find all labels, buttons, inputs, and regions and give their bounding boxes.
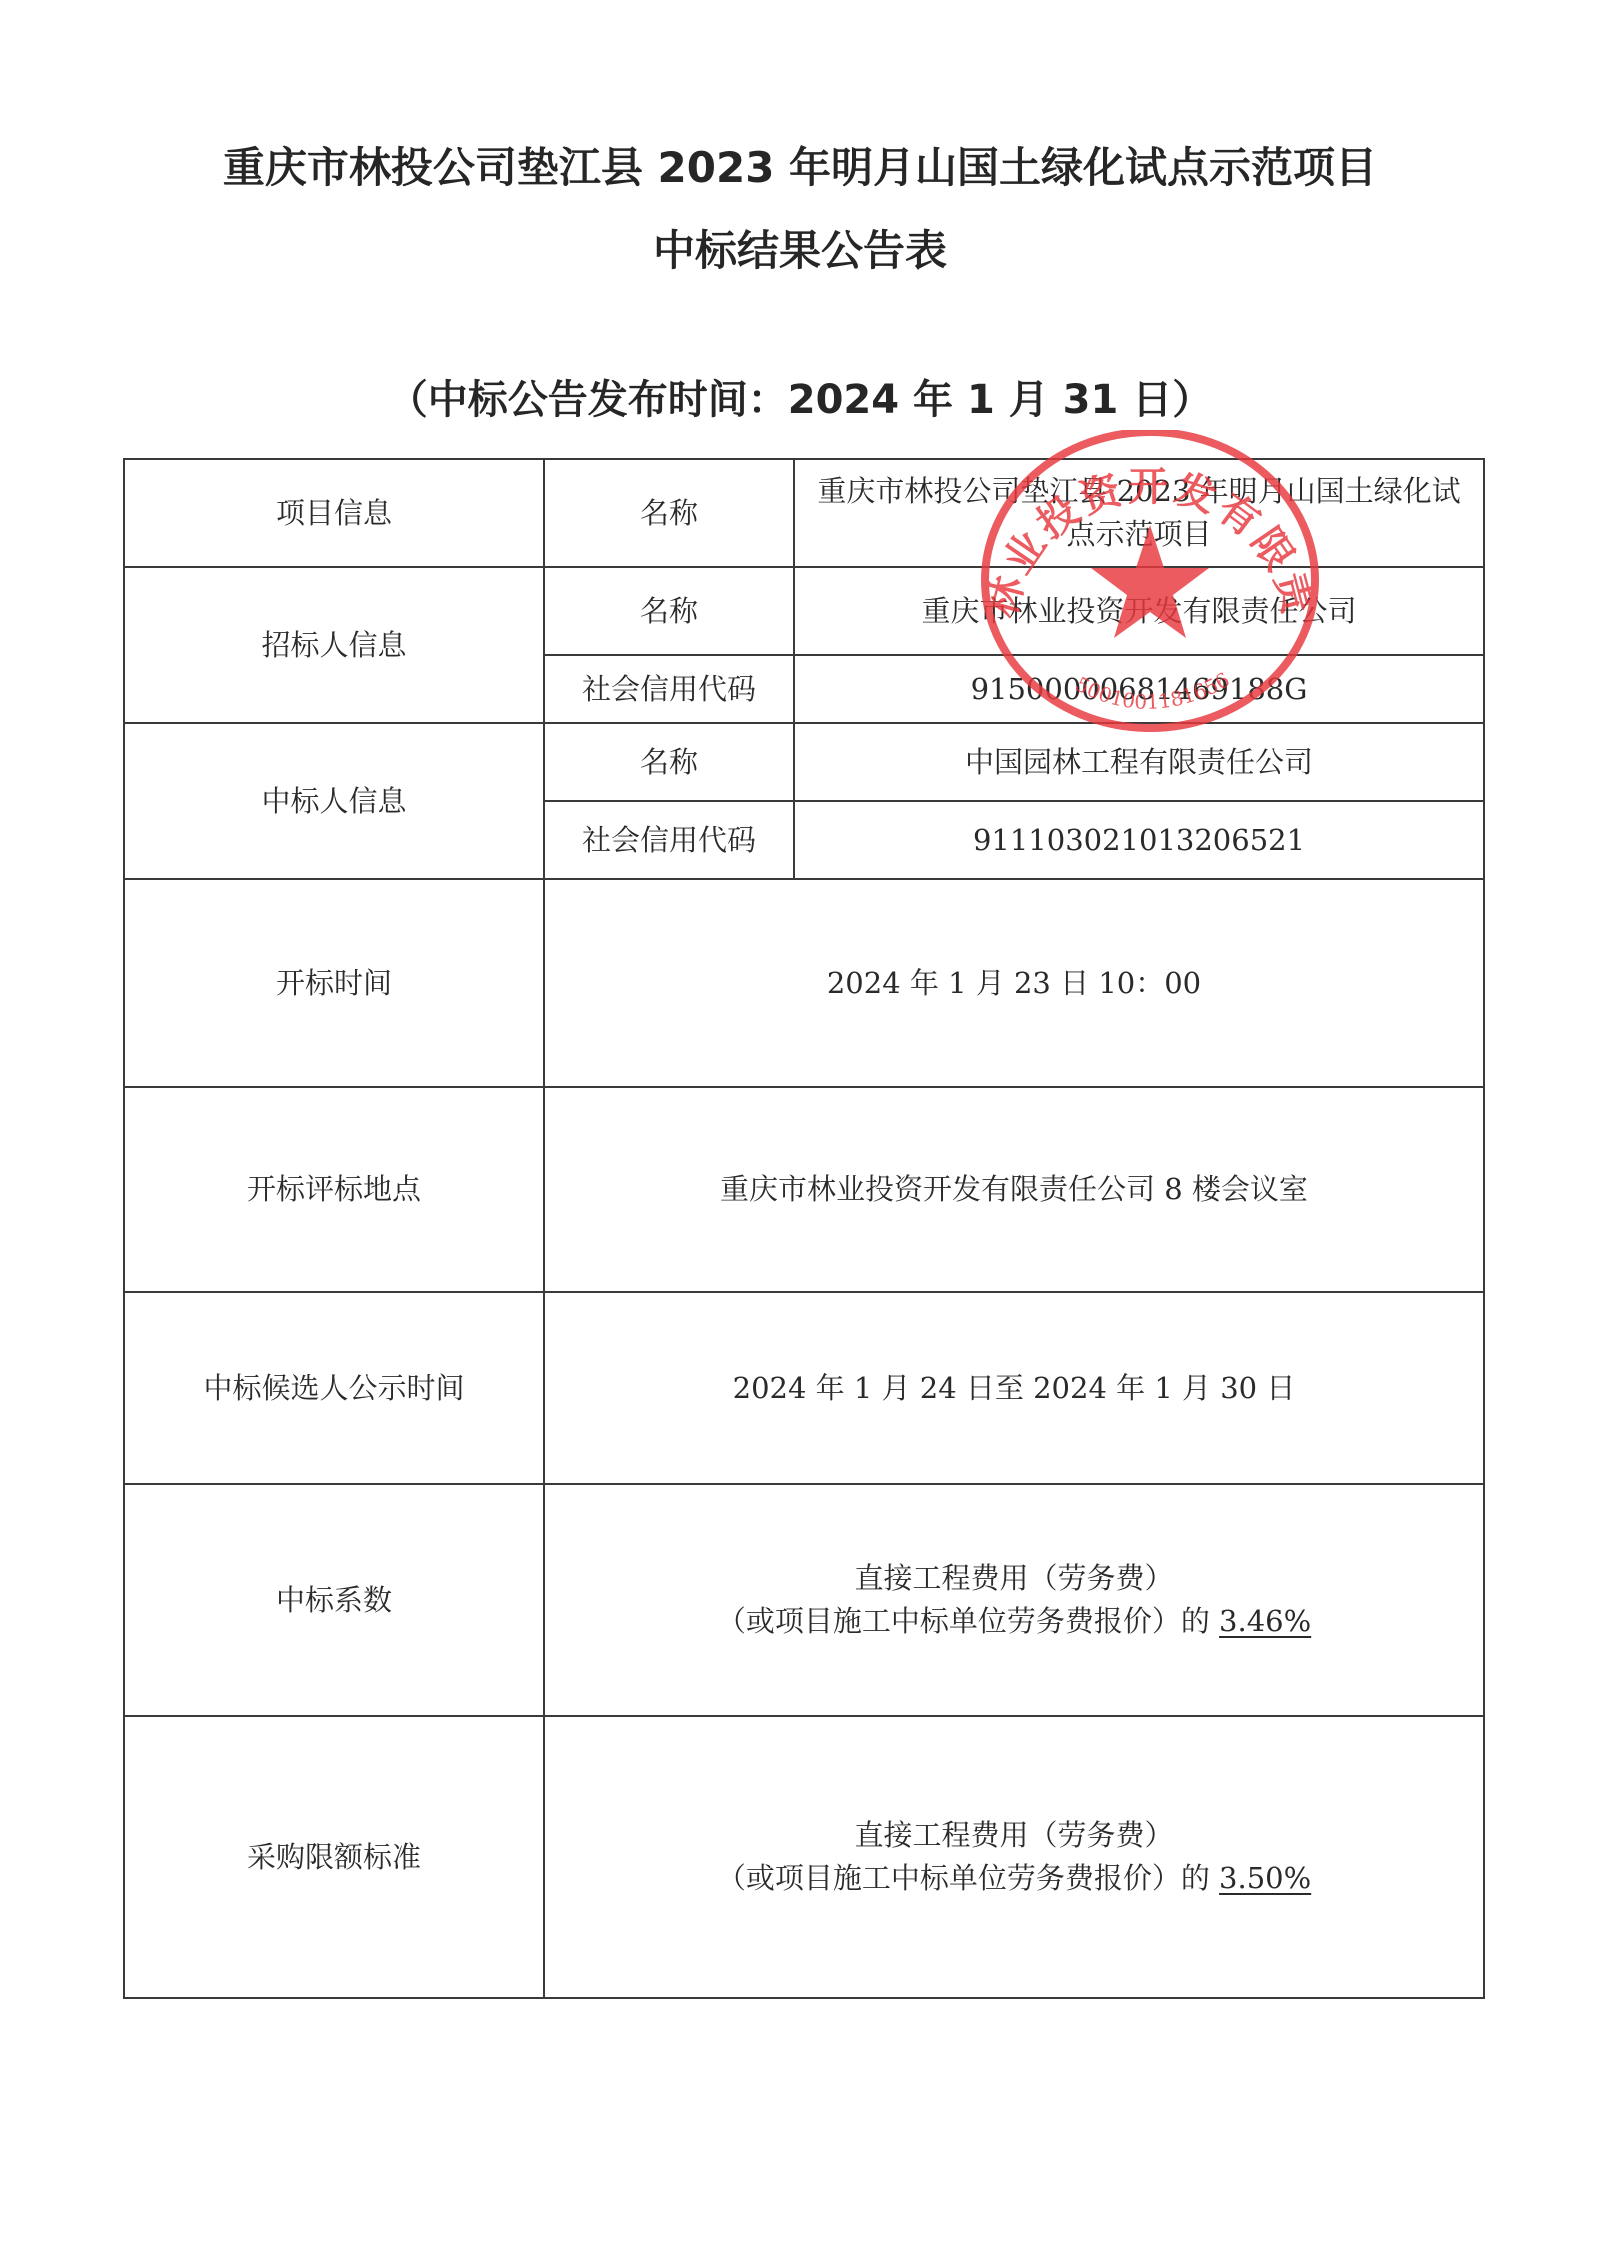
row-winner-name: 中标人信息 名称 中国园林工程有限责任公司 xyxy=(124,723,1484,801)
tenderer-code-label: 社会信用代码 xyxy=(544,655,794,723)
tenderer-info-label: 招标人信息 xyxy=(124,567,544,723)
winning-coefficient-line2: （或项目施工中标单位劳务费报价）的 3.46% xyxy=(559,1600,1469,1643)
winning-coefficient-value: 直接工程费用（劳务费） （或项目施工中标单位劳务费报价）的 3.46% xyxy=(544,1484,1484,1716)
tenderer-name-value: 重庆市林业投资开发有限责任公司 xyxy=(794,567,1484,655)
project-info-label: 项目信息 xyxy=(124,459,544,567)
row-bid-opening-time: 开标时间 2024 年 1 月 23 日 10：00 xyxy=(124,879,1484,1087)
winning-coefficient-prefix: （或项目施工中标单位劳务费报价）的 xyxy=(717,1604,1219,1638)
project-name-value: 重庆市林投公司垫江县 2023 年明月山国土绿化试点示范项目 xyxy=(794,459,1484,567)
winner-code-label: 社会信用代码 xyxy=(544,801,794,879)
row-candidate-publicity: 中标候选人公示时间 2024 年 1 月 24 日至 2024 年 1 月 30… xyxy=(124,1292,1484,1484)
row-tenderer-name: 招标人信息 名称 重庆市林业投资开发有限责任公司 xyxy=(124,567,1484,655)
result-table: 项目信息 名称 重庆市林投公司垫江县 2023 年明月山国土绿化试点示范项目 招… xyxy=(123,458,1485,1999)
tenderer-name-label: 名称 xyxy=(544,567,794,655)
winning-coefficient-percent: 3.46% xyxy=(1219,1604,1311,1638)
procurement-limit-line1: 直接工程费用（劳务费） xyxy=(559,1814,1469,1857)
document-subtitle: 中标结果公告表 xyxy=(0,218,1600,278)
bid-location-label: 开标评标地点 xyxy=(124,1087,544,1292)
row-project-name: 项目信息 名称 重庆市林投公司垫江县 2023 年明月山国土绿化试点示范项目 xyxy=(124,459,1484,567)
bid-opening-time-label: 开标时间 xyxy=(124,879,544,1087)
project-name-label: 名称 xyxy=(544,459,794,567)
winner-code-value: 911103021013206521 xyxy=(794,801,1484,879)
candidate-publicity-value: 2024 年 1 月 24 日至 2024 年 1 月 30 日 xyxy=(544,1292,1484,1484)
tenderer-code-value: 91500000681469188G xyxy=(794,655,1484,723)
document-title: 重庆市林投公司垫江县 2023 年明月山国土绿化试点示范项目 xyxy=(0,135,1600,195)
row-winning-coefficient: 中标系数 直接工程费用（劳务费） （或项目施工中标单位劳务费报价）的 3.46% xyxy=(124,1484,1484,1716)
row-bid-location: 开标评标地点 重庆市林业投资开发有限责任公司 8 楼会议室 xyxy=(124,1087,1484,1292)
winner-info-label: 中标人信息 xyxy=(124,723,544,879)
winner-name-label: 名称 xyxy=(544,723,794,801)
bid-opening-time-value: 2024 年 1 月 23 日 10：00 xyxy=(544,879,1484,1087)
winner-name-value: 中国园林工程有限责任公司 xyxy=(794,723,1484,801)
candidate-publicity-label: 中标候选人公示时间 xyxy=(124,1292,544,1484)
procurement-limit-percent: 3.50% xyxy=(1219,1861,1311,1895)
winning-coefficient-line1: 直接工程费用（劳务费） xyxy=(559,1557,1469,1600)
procurement-limit-line2: （或项目施工中标单位劳务费报价）的 3.50% xyxy=(559,1857,1469,1900)
procurement-limit-value: 直接工程费用（劳务费） （或项目施工中标单位劳务费报价）的 3.50% xyxy=(544,1716,1484,1998)
bid-location-value: 重庆市林业投资开发有限责任公司 8 楼会议室 xyxy=(544,1087,1484,1292)
procurement-limit-label: 采购限额标准 xyxy=(124,1716,544,1998)
procurement-limit-prefix: （或项目施工中标单位劳务费报价）的 xyxy=(717,1861,1219,1895)
winning-coefficient-label: 中标系数 xyxy=(124,1484,544,1716)
publish-time: （中标公告发布时间：2024 年 1 月 31 日） xyxy=(0,368,1600,425)
row-procurement-limit: 采购限额标准 直接工程费用（劳务费） （或项目施工中标单位劳务费报价）的 3.5… xyxy=(124,1716,1484,1998)
